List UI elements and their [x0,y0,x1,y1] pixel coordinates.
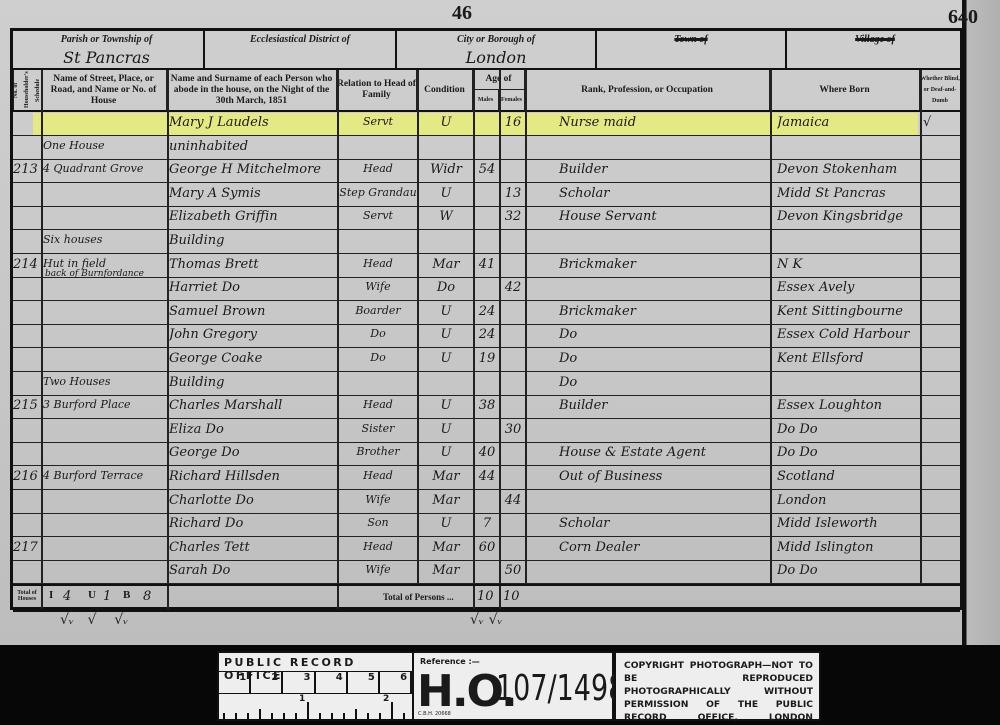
census-row: 2134 Quadrant GroveGeorge H MitchelmoreH… [13,160,960,183]
cell-occupation: Corn Dealer [559,540,769,555]
cell-where-born: Do Do [777,563,919,578]
reference-number: 107/1498 [496,667,625,711]
town-label: Town of [597,34,785,45]
cell-relation: Step Grandau [339,186,417,199]
census-row: Samuel BrownBoarderU24BrickmakerKent Sit… [13,302,960,325]
cell-address: 4 Quadrant Grove [43,162,167,175]
census-row: Elizabeth GriffinServtW32House ServantDe… [13,207,960,230]
census-row: Harriet DoWifeDo42Essex Avely [13,278,960,301]
cell-occupation: Brickmaker [559,257,769,272]
village-cell: Village of [787,28,963,68]
cell-occupation: Do [559,351,769,366]
cell-name: uninhabited [169,139,337,154]
cell-address: One House [43,139,167,152]
cell-schedule: 214 [13,257,41,272]
scale-ruler: PUBLIC RECORD OFFICE 1 2 3 4 5 6 1 2 [219,653,414,719]
cell-male-age: 7 [475,516,499,531]
col-age-females: Females [499,90,525,110]
census-row: Eliza DoSisterU30Do Do [13,420,960,443]
census-row: Six housesBuilding [13,231,960,254]
cell-condition: Mar [419,563,473,578]
census-row: 2153 Burford PlaceCharles MarshallHeadU3… [13,396,960,419]
cell-condition: Widr [419,162,473,177]
tally-marks: √ᵥ √ᵥ [470,612,503,628]
cell-male-age: 24 [475,304,499,319]
ruler-mark: 4 [316,672,348,693]
cell-address: Six houses [43,233,167,246]
census-row: Mary J LaudelsServtU16Nurse maidJamaica√ [13,113,960,136]
cell-name: Harriet Do [169,280,337,295]
page-edge-shadow [962,0,1000,645]
cell-male-age: 44 [475,469,499,484]
persons-total-label: Total of Persons ... [383,592,454,602]
cell-occupation: Out of Business [559,469,769,484]
reference-label: PUBLIC RECORD OFFICE 1 2 3 4 5 6 1 2 Ref… [217,651,614,721]
cell-name: Charlotte Do [169,493,337,508]
ruler-mark: 1 [299,694,305,704]
building-value: 8 [143,589,151,604]
uninhabited-value: 1 [103,589,111,604]
cell-occupation: House & Estate Agent [559,445,769,460]
cell-name: George Coake [169,351,337,366]
cell-condition: U [419,351,473,366]
col-address: Name of Street, Place, or Road, and Name… [41,70,167,110]
cell-female-age: 44 [501,493,525,508]
cell-female-age: 42 [501,280,525,295]
census-row: Richard DoSonU7ScholarMidd Isleworth [13,514,960,537]
cell-male-age: 54 [475,162,499,177]
cell-name: Richard Do [169,516,337,531]
cell-name: Eliza Do [169,422,337,437]
village-label: Village of [787,34,963,45]
census-row: George CoakeDoU19DoKent Ellsford [13,349,960,372]
cell-occupation: Scholar [559,186,769,201]
cell-where-born: London [777,493,919,508]
cell-name: Sarah Do [169,563,337,578]
males-total: 10 [477,589,494,604]
ruler-bottom: 1 2 [219,694,412,720]
ruler-mark: 3 [283,672,315,693]
census-row: Mary A SymisStep GrandauU13ScholarMidd S… [13,184,960,207]
ruler-top: 1 2 3 4 5 6 [219,671,412,694]
cell-relation: Sister [339,422,417,435]
totals-row: Total of Houses I 4 U 1 B 8 Total of Per… [13,585,960,609]
col-name: Name and Surname of each Person who abod… [167,70,337,110]
females-total: 10 [503,589,520,604]
cell-occupation: Do [559,375,769,390]
col-age-males: Males [473,90,499,110]
cell-name: Samuel Brown [169,304,337,319]
cell-female-age: 30 [501,422,525,437]
ruler-mark: 2 [383,694,389,704]
cell-relation: Head [339,162,417,175]
ruler-mark: 1 [219,672,251,693]
copyright-notice: COPYRIGHT PHOTOGRAPH—NOT TO BE REPRODUCE… [614,651,821,721]
office-title: PUBLIC RECORD OFFICE [219,653,412,671]
cell-where-born: Midd Isleworth [777,516,919,531]
city-cell: City or Borough of London [397,28,597,68]
cell-relation: Wife [339,563,417,576]
cell-condition: U [419,422,473,437]
cell-relation: Brother [339,445,417,458]
cell-relation: Head [339,540,417,553]
inhabited-value: 4 [63,589,71,604]
cell-condition: Mar [419,469,473,484]
census-row: 2164 Burford TerraceRichard HillsdenHead… [13,467,960,490]
cell-where-born: Essex Cold Harbour [777,327,919,342]
col-occupation: Rank, Profession, or Occupation [525,70,770,110]
col-schedule: No. of Householder's Schedule [13,70,41,110]
census-row: 214Hut in fieldThomas BrettHeadMar41Bric… [13,255,960,278]
cell-occupation: Builder [559,398,769,413]
cell-name: Mary J Laudels [169,115,337,130]
cell-condition: U [419,327,473,342]
cell-occupation: Scholar [559,516,769,531]
cell-where-born: Essex Loughton [777,398,919,413]
cell-condition: Mar [419,493,473,508]
form-header: Parish or Township of St Pancras Ecclesi… [10,28,963,70]
cell-relation: Do [339,327,417,340]
col-disability: Whether Blind, or Deaf-and-Dumb [920,70,960,110]
cell-address-note: back of Burnfordance [45,269,144,279]
folio-number: 46 [452,2,472,25]
cell-name: Building [169,233,337,248]
cell-where-born: Kent Ellsford [777,351,919,366]
cell-condition: U [419,186,473,201]
cell-name: Charles Tett [169,540,337,555]
cell-condition: U [419,445,473,460]
cell-schedule: 215 [13,398,41,413]
ruler-mark: 5 [348,672,380,693]
cell-condition: Mar [419,257,473,272]
inhabited-label: I [49,589,53,601]
building-label: B [123,589,130,601]
cell-where-born: Do Do [777,422,919,437]
cell-name: John Gregory [169,327,337,342]
houses-total-label: Total of Houses [13,590,41,602]
cell-condition: U [419,115,473,130]
cell-female-age: 16 [501,115,525,130]
parish-label: Parish or Township of [10,34,203,45]
ruler-mark: 6 [380,672,412,693]
cell-name: Mary A Symis [169,186,337,201]
cell-schedule: 213 [13,162,41,177]
census-row: George DoBrotherU40House & Estate AgentD… [13,443,960,466]
cell-condition: U [419,516,473,531]
cell-name: Elizabeth Griffin [169,209,337,224]
cell-relation: Wife [339,493,417,506]
uninhabited-label: U [88,589,96,601]
cell-where-born: Devon Kingsbridge [777,209,919,224]
cell-relation: Servt [339,209,417,222]
cell-address: 4 Burford Terrace [43,469,167,482]
cell-male-age: 40 [475,445,499,460]
cell-address: Two Houses [43,375,167,388]
cell-mark: √ [923,115,959,130]
cell-relation: Boarder [339,304,417,317]
parish-value: St Pancras [10,48,203,67]
cell-male-age: 60 [475,540,499,555]
census-row: Charlotte DoWifeMar44London [13,491,960,514]
cell-name: Thomas Brett [169,257,337,272]
cell-schedule: 217 [13,540,41,555]
cell-male-age: 38 [475,398,499,413]
census-row: Two HousesBuildingDo [13,373,960,396]
parish-cell: Parish or Township of St Pancras [10,28,205,68]
cell-occupation: Nurse maid [559,115,769,130]
city-label: City or Borough of [397,34,595,45]
cell-relation: Servt [339,115,417,128]
cell-name: Richard Hillsden [169,469,337,484]
cell-male-age: 19 [475,351,499,366]
col-where-born: Where Born [770,70,920,110]
cell-where-born: Kent Sittingbourne [777,304,919,319]
cell-where-born: N K [777,257,919,272]
cell-condition: U [419,398,473,413]
cell-condition: Mar [419,540,473,555]
cell-relation: Do [339,351,417,364]
col-relation: Relation to Head of Family [337,70,417,110]
cell-condition: Do [419,280,473,295]
ecclesiastical-label: Ecclesiastical District of [205,34,395,45]
cell-relation: Wife [339,280,417,293]
cell-occupation: Builder [559,162,769,177]
cell-name: Building [169,375,337,390]
city-value: London [397,48,595,67]
census-row: Sarah DoWifeMar50Do Do [13,561,960,584]
tally-marks: √ᵥ √ √ᵥ [60,612,128,628]
ecclesiastical-cell: Ecclesiastical District of [205,28,397,68]
cell-where-born: Essex Avely [777,280,919,295]
column-headers: No. of Householder's Schedule Name of St… [13,70,960,112]
cell-condition: W [419,209,473,224]
cell-relation: Head [339,398,417,411]
cell-relation: Head [339,257,417,270]
cell-female-age: 32 [501,209,525,224]
census-page: 46 640 Parish or Township of St Pancras … [0,0,1000,645]
ruler-mark: 2 [251,672,283,693]
cell-relation: Head [339,469,417,482]
cell-male-age: 41 [475,257,499,272]
cell-female-age: 13 [501,186,525,201]
cell-name: Charles Marshall [169,398,337,413]
cell-where-born: Jamaica [777,115,919,130]
cell-schedule: 216 [13,469,41,484]
cell-relation: Son [339,516,417,529]
cell-where-born: Devon Stokenham [777,162,919,177]
census-row: 217Charles TettHeadMar60Corn DealerMidd … [13,538,960,561]
cell-where-born: Scotland [777,469,919,484]
col-condition: Condition [417,70,473,110]
stamp-number: 640 [948,6,978,29]
reference-block: Reference :— H.O. 107/1498 C.B.H. 20668 [414,653,612,719]
cell-where-born: Midd Islington [777,540,919,555]
cell-address: 3 Burford Place [43,398,167,411]
cell-occupation: House Servant [559,209,769,224]
cell-where-born: Do Do [777,445,919,460]
town-cell: Town of [597,28,787,68]
cbh-code: C.B.H. 20668 [418,711,451,717]
cell-occupation: Brickmaker [559,304,769,319]
cell-occupation: Do [559,327,769,342]
cell-name: George Do [169,445,337,460]
cell-condition: U [419,304,473,319]
census-row: John GregoryDoU24DoEssex Cold Harbour [13,325,960,348]
reference-label-text: Reference :— [420,657,480,666]
cell-name: George H Mitchelmore [169,162,337,177]
cell-where-born: Midd St Pancras [777,186,919,201]
census-row: One Houseuninhabited [13,137,960,160]
cell-male-age: 24 [475,327,499,342]
cell-female-age: 50 [501,563,525,578]
